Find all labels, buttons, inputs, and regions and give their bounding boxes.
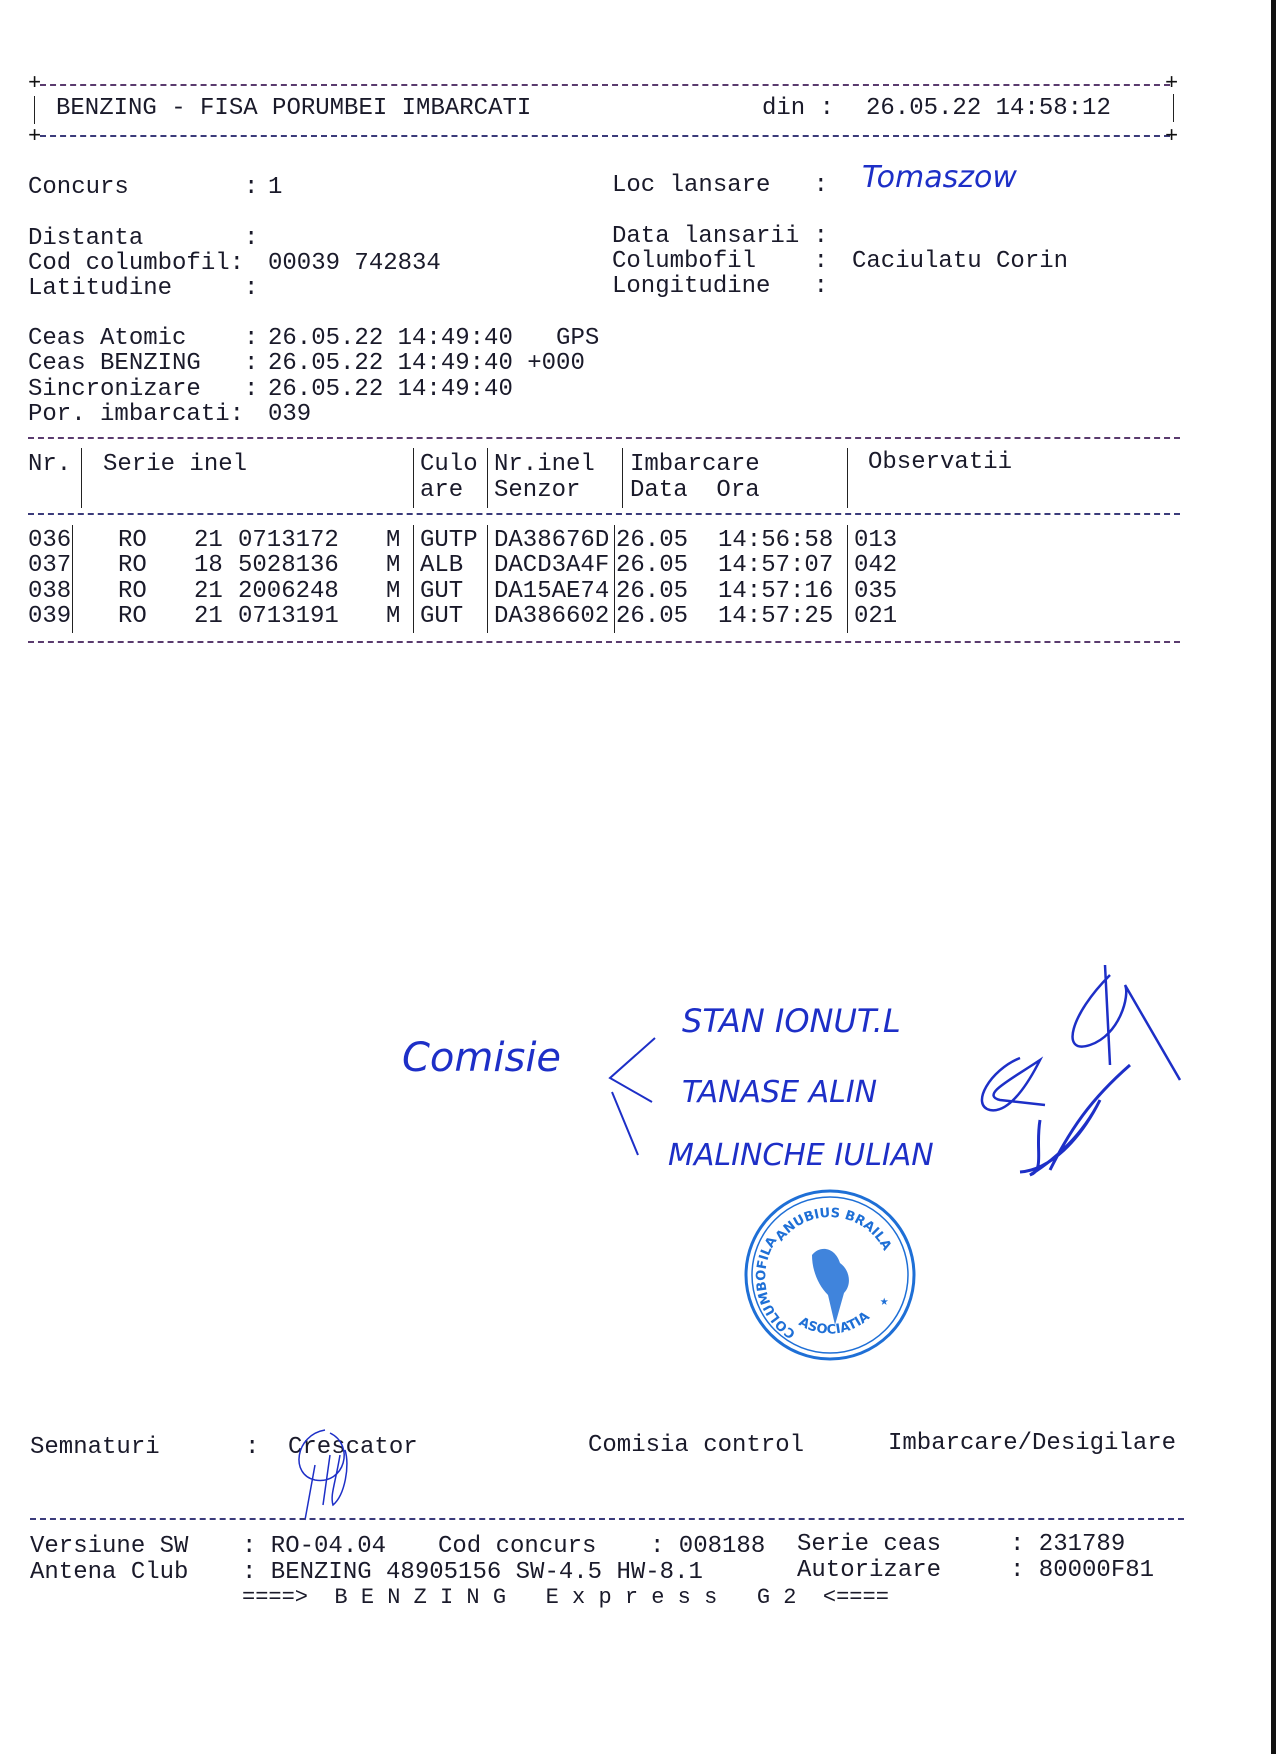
semnaturi-label: Semnaturi [30, 1435, 160, 1461]
cell-time: 14:57:07 [718, 553, 833, 579]
cell-country: RO [118, 528, 147, 554]
col-imbarcare-1: Imbarcare [630, 452, 760, 478]
col-culoare-1: Culo [420, 452, 478, 478]
semnaturi-colon: : [245, 1435, 259, 1461]
serie-ceas-label: Serie ceas [797, 1532, 941, 1558]
page-title: BENZING - FISA PORUMBEI IMBARCATI [56, 96, 531, 122]
box-border [34, 96, 35, 124]
box-border [1173, 94, 1174, 122]
col-divider [847, 525, 848, 633]
comisia-control-label: Comisia control [588, 1433, 804, 1459]
col-serie: Serie inel [103, 452, 247, 478]
club-stamp: ANUBIUS BRAILA COLUMBOFILA ASOCIATIA ★ [740, 1185, 920, 1365]
divider [40, 135, 1170, 137]
col-observatii: Observatii [868, 450, 1012, 476]
cell-nr: 038 [28, 579, 71, 605]
cod-concurs-label: Cod concurs [438, 1534, 596, 1560]
cell-sensor: DA386602 [494, 604, 609, 630]
cell-ring: 2006248 [238, 579, 339, 605]
box-corner: + [28, 126, 41, 148]
col-divider [487, 525, 488, 633]
box-corner: + [1165, 126, 1178, 148]
concurs-value: 1 [268, 175, 282, 201]
col-culoare-2: are [420, 478, 463, 504]
cod-columbofil-label: Cod columbofil: [28, 251, 244, 277]
product-banner: ====> B E N Z I N G E x p r e s s G 2 <=… [242, 1585, 889, 1611]
cell-color: GUTP [420, 528, 478, 554]
member-3: MALINCHE IULIAN [668, 1138, 934, 1173]
cod-columbofil-value: 00039 742834 [268, 251, 441, 277]
cell-country: RO [118, 579, 147, 605]
footer-rule [30, 1518, 1184, 1520]
col-divider [72, 525, 73, 633]
cell-sex: M [386, 579, 400, 605]
cell-nr: 036 [28, 528, 71, 554]
loc-lansare-value: Tomaszow [862, 160, 1017, 195]
cell-sensor: DA15AE74 [494, 579, 609, 605]
svg-text:★: ★ [880, 1294, 889, 1310]
col-senzor-1: Nr.inel [494, 452, 595, 478]
cell-year: 21 [194, 528, 223, 554]
cell-obs: 042 [854, 553, 897, 579]
date-label: din : [762, 96, 834, 122]
ceas-atomic-value: 26.05.22 14:49:40 GPS [268, 326, 599, 352]
sincronizare-value: 26.05.22 14:49:40 [268, 377, 513, 403]
print-date: 26.05.22 14:58:12 [866, 96, 1111, 122]
cell-time: 14:57:16 [718, 579, 833, 605]
cell-sex: M [386, 528, 400, 554]
box-corner: + [1165, 73, 1178, 95]
member-1: STAN IONUT.L [682, 1002, 901, 1040]
table-bottom-rule [28, 641, 1180, 643]
svg-text:ANUBIUS BRAILA: ANUBIUS BRAILA [773, 1206, 894, 1253]
cell-ring: 0713191 [238, 604, 339, 630]
columbofil-value: Caciulatu Corin [852, 249, 1068, 275]
data-lansarii-label: Data lansarii : [612, 224, 828, 250]
antena-label: Antena Club [30, 1560, 188, 1586]
cell-date: 26.05 [616, 579, 688, 605]
versiune-label: Versiune SW [30, 1534, 188, 1560]
antena-value: : BENZING 48905156 SW-4.5 HW-8.1 [242, 1560, 703, 1586]
signature-3 [1010, 1060, 1140, 1180]
cell-date: 26.05 [616, 604, 688, 630]
cell-date: 26.05 [616, 528, 688, 554]
cod-concurs-value: : 008188 [650, 1534, 765, 1560]
distanta-label: Distanta : [28, 226, 258, 252]
cell-ring: 5028136 [238, 553, 339, 579]
cell-country: RO [118, 553, 147, 579]
comisie-note: Comisie [402, 1035, 561, 1081]
ceas-atomic-label: Ceas Atomic : [28, 326, 258, 352]
col-divider [413, 448, 414, 508]
cell-ring: 0713172 [238, 528, 339, 554]
cell-year: 18 [194, 553, 223, 579]
cell-obs: 035 [854, 579, 897, 605]
porumbei-imbarcati-value: 039 [268, 402, 311, 428]
col-imbarcare-2: Data Ora [630, 478, 760, 504]
cell-sensor: DACD3A4F [494, 553, 609, 579]
serie-ceas-value: : 231789 [1010, 1532, 1125, 1558]
cell-time: 14:57:25 [718, 604, 833, 630]
loc-lansare-label: Loc lansare : [612, 173, 828, 199]
col-divider [81, 448, 82, 508]
cell-obs: 021 [854, 604, 897, 630]
autorizare-label: Autorizare [797, 1558, 941, 1584]
latitudine-label: Latitudine : [28, 276, 258, 302]
col-nr: Nr. [28, 452, 71, 478]
ceas-benzing-value: 26.05.22 14:49:40 +000 [268, 351, 585, 377]
cell-sex: M [386, 553, 400, 579]
porumbei-imbarcati-label: Por. imbarcati: [28, 402, 244, 428]
crescator-signature [285, 1425, 375, 1525]
table-header-rule [28, 513, 1180, 515]
col-divider [847, 448, 848, 508]
ceas-benzing-label: Ceas BENZING : [28, 351, 258, 377]
col-divider [622, 448, 623, 508]
col-senzor-2: Senzor [494, 478, 580, 504]
brace-icon [600, 1030, 660, 1160]
cell-sensor: DA38676D [494, 528, 609, 554]
col-divider [614, 525, 615, 633]
scan-edge [1271, 0, 1276, 1754]
cell-country: RO [118, 604, 147, 630]
autorizare-value: : 80000F81 [1010, 1558, 1154, 1584]
concurs-label: Concurs : [28, 175, 258, 201]
col-divider [413, 525, 414, 633]
cell-nr: 039 [28, 604, 71, 630]
cell-color: GUT [420, 604, 463, 630]
cell-nr: 037 [28, 553, 71, 579]
imbarcare-desigilare-label: Imbarcare/Desigilare [888, 1431, 1176, 1457]
sincronizare-label: Sincronizare : [28, 377, 258, 403]
cell-year: 21 [194, 604, 223, 630]
cell-color: GUT [420, 579, 463, 605]
col-divider [487, 448, 488, 508]
cell-obs: 013 [854, 528, 897, 554]
divider [40, 84, 1170, 86]
columbofil-label: Columbofil : [612, 249, 828, 275]
cell-time: 14:56:58 [718, 528, 833, 554]
longitudine-label: Longitudine : [612, 274, 828, 300]
cell-date: 26.05 [616, 553, 688, 579]
cell-color: ALB [420, 553, 463, 579]
cell-year: 21 [194, 579, 223, 605]
cell-sex: M [386, 604, 400, 630]
member-2: TANASE ALIN [682, 1075, 877, 1110]
versiune-value: : RO-04.04 [242, 1534, 386, 1560]
table-top-rule [28, 437, 1180, 439]
